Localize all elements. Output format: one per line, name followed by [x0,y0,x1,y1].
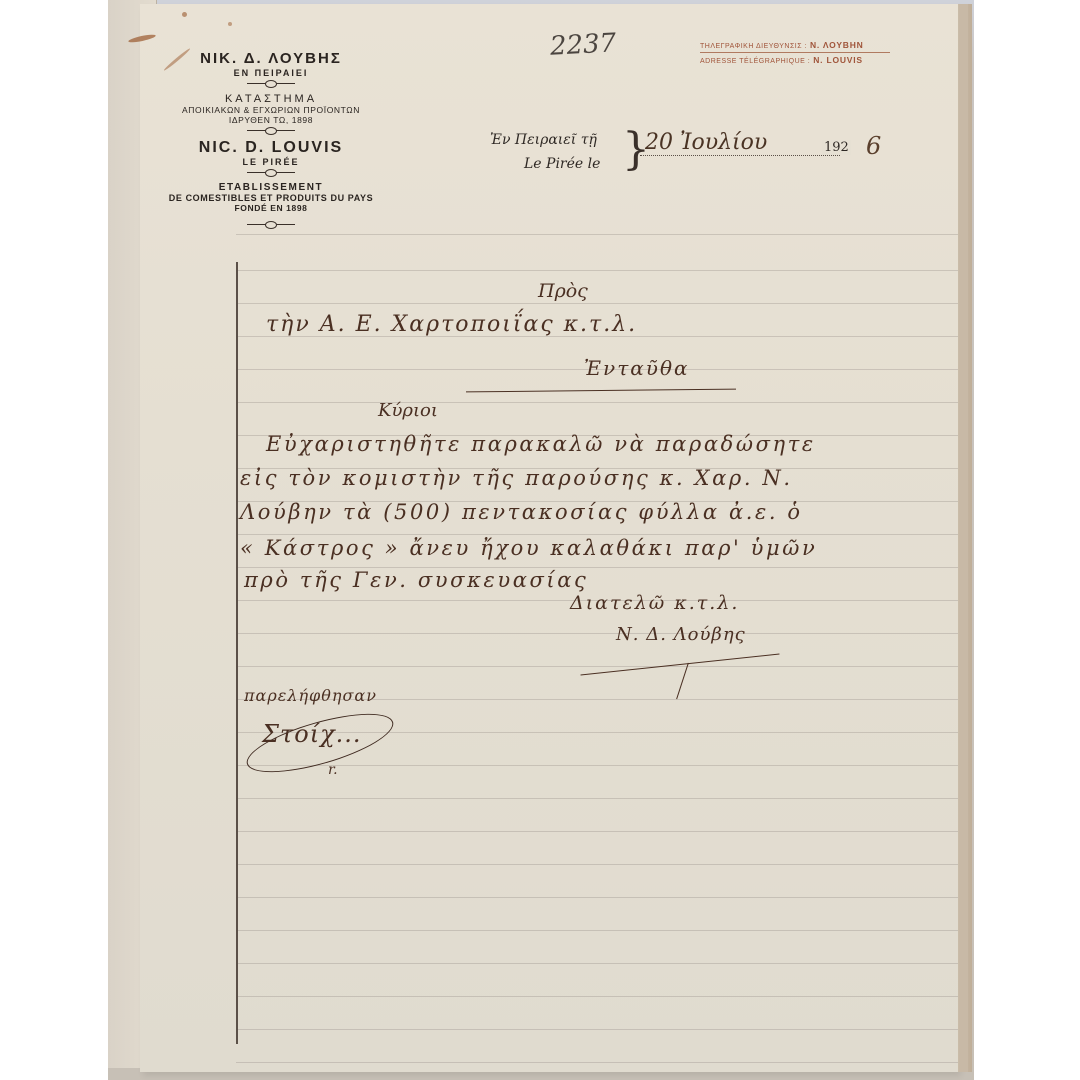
body-line: εἰς τὸν κομιστὴν τῆς παρούσης κ. Χαρ. Ν. [240,466,793,490]
telegraph-value-french: N. LOUVIS [813,55,863,65]
products-french: DE COMESTIBLES ET PRODUITS DU PAYS [140,193,402,203]
year-handwritten: 6 [866,132,881,160]
ornament-divider [247,221,295,228]
ornament-divider [247,127,295,134]
establishment-french: ETABLISSEMENT [140,182,402,193]
archive-number: 2237 [549,28,617,61]
greeting: Κύριοι [378,400,438,421]
shop-greek: ΚΑΤΑΣΤΗΜΑ [140,93,402,105]
place-french: Le Pirée le [524,156,600,172]
body-line: Εὐχαριστηθῆτε παρακαλῶ νὰ παραδώσητε [266,432,816,456]
receiver-signature-mark: r. [328,762,338,778]
receiver-signature: Στοίχ... [262,720,362,748]
date-handwritten: 20 Ἰουλίου [645,130,767,155]
telegraph-value-greek: Ν. ΛΟΥΒΗΝ [810,40,864,50]
body-line: Λούβην τὰ (500) πεντακοσίας φύλλα ἀ.ε. ὁ [240,500,803,524]
company-name-greek: ΝΙΚ. Δ. ΛΟΥΒΗΣ [140,50,402,67]
received-note: παρελήφθησαν [244,686,377,705]
ornament-divider [247,80,295,87]
rust-stain [228,22,232,26]
salutation-to: Πρὸς [538,280,588,302]
founded-french: FONDÉ EN 1898 [140,203,402,213]
telegraphic-address: ΤΗΛΕΓΡΑΦΙΚΗ ΔΙΕΥΘΥΝΣΙΣ : Ν. ΛΟΥΒΗΝ ADRES… [700,38,890,67]
rust-stain [182,12,187,17]
letterhead: ΝΙΚ. Δ. ΛΟΥΒΗΣ ΕΝ ΠΕΙΡΑΙΕΙ ΚΑΤΑΣΤΗΜΑ ΑΠΟ… [140,50,402,230]
sender-signature: Ν. Δ. Λούβης [616,624,746,645]
telegraph-label-french: ADRESSE TÉLÉGRAPHIQUE : [700,58,810,65]
founded-greek: ΙΔΡΥΘΕΝ ΤΩ, 1898 [140,115,402,125]
recipient-line: τὴν Α. Ε. Χαρτοποιΐας κ.τ.λ. [266,312,637,337]
year-printed: 192 [822,140,851,155]
date-dotted-line [640,155,840,156]
body-line: πρὸ τῆς Γεν. συσκευασίας [244,568,588,592]
city-french: LE PIRÉE [140,157,402,167]
body-line: « Κάστρος » ἄνευ ἤχου καλαθάκι παρ' ὑμῶν [240,536,817,560]
margin-rule [236,262,238,1044]
place-greek: Ἐν Πειραιεῖ τῇ [490,132,597,148]
recipient-city: Ἐνταῦθα [584,356,690,380]
closing: Διατελῶ κ.τ.λ. [570,592,739,614]
dateline: Ἐν Πειραιεῖ τῇ Le Pirée le } 20 Ἰουλίου … [490,128,910,188]
products-greek: ΑΠΟΙΚΙΑΚΩΝ & ΕΓΧΩΡΙΩΝ ΠΡΟΪΟΝΤΩΝ [140,105,402,115]
city-greek: ΕΝ ΠΕΙΡΑΙΕΙ [140,68,402,78]
paper-edge [958,4,972,1072]
ornament-divider [247,169,295,176]
company-name-french: NIC. D. LOUVIS [140,139,402,157]
telegraph-label-greek: ΤΗΛΕΓΡΑΦΙΚΗ ΔΙΕΥΘΥΝΣΙΣ : [700,43,807,50]
